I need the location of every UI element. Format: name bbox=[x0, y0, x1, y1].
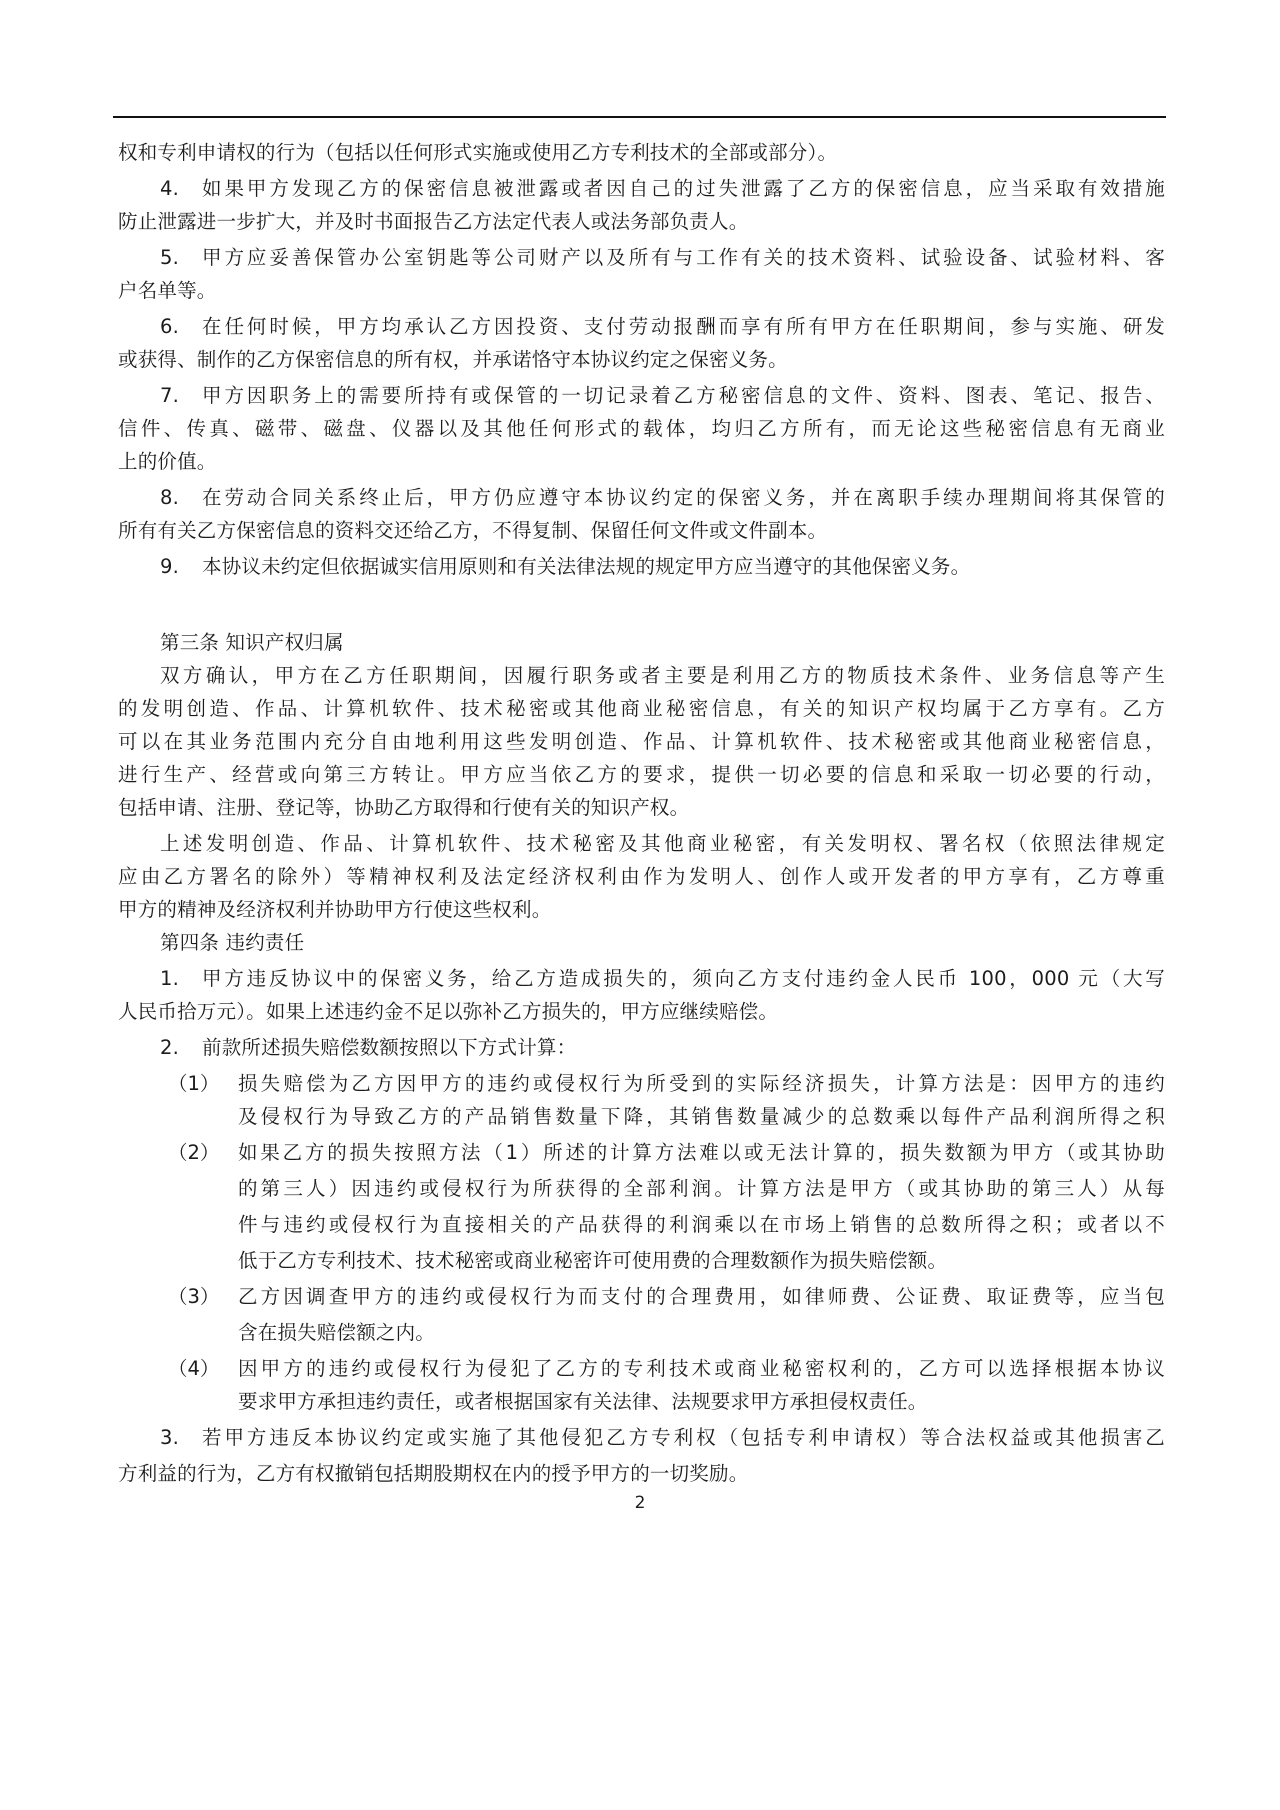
sub-item-line: 乙方因调查甲方的违约或侵权行为而支付的合理费用，如律师费、公证费、取证费等，应当… bbox=[238, 1282, 1165, 1312]
sub-item-label: （3） bbox=[168, 1282, 219, 1312]
paragraph-line: 应由乙方署名的除外）等精神权利及法定经济权利由作为发明人、创作人或开发者的甲方享… bbox=[118, 862, 1165, 892]
sub-item-line: 因甲方的违约或侵权行为侵犯了乙方的专利技术或商业秘密权利的，乙方可以选择根据本协… bbox=[238, 1354, 1165, 1384]
paragraph-line: 双方确认，甲方在乙方任职期间，因履行职务或者主要是利用乙方的物质技术条件、业务信… bbox=[160, 661, 1165, 691]
list-number: 8. bbox=[160, 483, 202, 513]
header-rule bbox=[113, 116, 1166, 118]
article-3-heading: 第三条 知识产权归属 bbox=[160, 628, 344, 658]
paragraph-line: 上的价值。 bbox=[118, 447, 217, 477]
paragraph-line: 上述发明创造、作品、计算机软件、技术秘密及其他商业秘密，有关发明权、署名权（依照… bbox=[160, 829, 1165, 859]
paragraph-line: 甲方的精神及经济权利并协助甲方行使这些权利。 bbox=[118, 895, 551, 925]
sub-item-line: 损失赔偿为乙方因甲方的违约或侵权行为所受到的实际经济损失，计算方法是：因甲方的违… bbox=[238, 1069, 1165, 1099]
paragraph-line: 可以在其业务范围内充分自由地利用这些发明创造、作品、计算机软件、技术秘密或其他商… bbox=[118, 727, 1165, 757]
paragraph-line: 包括申请、注册、登记等，协助乙方取得和行使有关的知识产权。 bbox=[118, 793, 689, 823]
list-number: 6. bbox=[160, 312, 202, 342]
list-number: 7. bbox=[160, 381, 202, 411]
list-number: 3. bbox=[160, 1423, 202, 1453]
list-item-9: 9.本协议未约定但依据诚实信用原则和有关法律法规的规定甲方应当遵守的其他保密义务… bbox=[160, 552, 970, 582]
list-item-text: 甲方因职务上的需要所持有或保管的一切记录着乙方秘密信息的文件、资料、图表、笔记、… bbox=[202, 381, 1165, 411]
list-item-4: 4. 如果甲方发现乙方的保密信息被泄露或者因自己的过失泄露了乙方的保密信息，应当… bbox=[160, 174, 1165, 204]
list-item-text: 在劳动合同关系终止后，甲方仍应遵守本协议约定的保密义务，并在离职手续办理期间将其… bbox=[202, 483, 1165, 513]
list-number: 2. bbox=[160, 1033, 202, 1063]
list-number: 1. bbox=[160, 964, 202, 994]
article-4-heading: 第四条 违约责任 bbox=[160, 928, 304, 958]
list-item-text: 甲方应妥善保管办公室钥匙等公司财产以及所有与工作有关的技术资料、试验设备、试验材… bbox=[202, 243, 1165, 273]
sub-item-line: 及侵权行为导致乙方的产品销售数量下降，其销售数量减少的总数乘以每件产品利润所得之… bbox=[238, 1102, 1165, 1132]
list-item-2: 2.前款所述损失赔偿数额按照以下方式计算： bbox=[160, 1033, 576, 1063]
list-item-7: 7. 甲方因职务上的需要所持有或保管的一切记录着乙方秘密信息的文件、资料、图表、… bbox=[160, 381, 1165, 411]
paragraph-line: 的发明创造、作品、计算机软件、技术秘密或其他商业秘密信息，有关的知识产权均属于乙… bbox=[118, 694, 1165, 724]
list-item-text: 前款所述损失赔偿数额按照以下方式计算： bbox=[202, 1036, 576, 1059]
paragraph-line: 所有有关乙方保密信息的资料交还给乙方，不得复制、保留任何文件或文件副本。 bbox=[118, 516, 827, 546]
sub-item-label: （4） bbox=[168, 1354, 219, 1384]
list-item-6: 6. 在任何时候，甲方均承认乙方因投资、支付劳动报酬而享有所有甲方在任职期间，参… bbox=[160, 312, 1165, 342]
list-item-text: 甲方违反协议中的保密义务，给乙方造成损失的，须向乙方支付违约金人民币 100，0… bbox=[202, 964, 1165, 994]
paragraph-line: 人民币拾万元）。如果上述违约金不足以弥补乙方损失的，甲方应继续赔偿。 bbox=[118, 997, 778, 1027]
list-item-text: 在任何时候，甲方均承认乙方因投资、支付劳动报酬而享有所有甲方在任职期间，参与实施… bbox=[202, 312, 1165, 342]
sub-item-line: 如果乙方的损失按照方法（1）所述的计算方法难以或无法计算的，损失数额为甲方（或其… bbox=[238, 1138, 1165, 1168]
paragraph-line: 权和专利申请权的行为（包括以任何形式实施或使用乙方专利技术的全部或部分）。 bbox=[118, 138, 837, 168]
list-item-5: 5. 甲方应妥善保管办公室钥匙等公司财产以及所有与工作有关的技术资料、试验设备、… bbox=[160, 243, 1165, 273]
paragraph-line: 方利益的行为，乙方有权撤销包括期股期权在内的授予甲方的一切奖励。 bbox=[118, 1459, 748, 1489]
list-number: 5. bbox=[160, 243, 202, 273]
paragraph-line: 防止泄露进一步扩大，并及时书面报告乙方法定代表人或法务部负责人。 bbox=[118, 207, 748, 237]
paragraph-line: 信件、传真、磁带、磁盘、仪器以及其他任何形式的载体，均归乙方所有，而无论这些秘密… bbox=[118, 414, 1165, 444]
sub-item-label: （2） bbox=[168, 1138, 219, 1168]
list-number: 9. bbox=[160, 552, 202, 582]
sub-item-label: （1） bbox=[168, 1069, 219, 1099]
sub-item-line: 低于乙方专利技术、技术秘密或商业秘密许可使用费的合理数额作为损失赔偿额。 bbox=[238, 1246, 947, 1276]
document-page: 权和专利申请权的行为（包括以任何形式实施或使用乙方专利技术的全部或部分）。 4.… bbox=[0, 0, 1280, 1810]
list-item-1: 1. 甲方违反协议中的保密义务，给乙方造成损失的，须向乙方支付违约金人民币 10… bbox=[160, 964, 1165, 994]
list-item-text: 如果甲方发现乙方的保密信息被泄露或者因自己的过失泄露了乙方的保密信息，应当采取有… bbox=[202, 174, 1165, 204]
list-item-text: 本协议未约定但依据诚实信用原则和有关法律法规的规定甲方应当遵守的其他保密义务。 bbox=[202, 555, 970, 578]
list-item-8: 8. 在劳动合同关系终止后，甲方仍应遵守本协议约定的保密义务，并在离职手续办理期… bbox=[160, 483, 1165, 513]
paragraph-line: 户名单等。 bbox=[118, 276, 217, 306]
list-number: 4. bbox=[160, 174, 202, 204]
sub-item-line: 件与违约或侵权行为直接相关的产品获得的利润乘以在市场上销售的总数所得之积；或者以… bbox=[238, 1210, 1165, 1240]
sub-item-line: 要求甲方承担违约责任，或者根据国家有关法律、法规要求甲方承担侵权责任。 bbox=[238, 1387, 928, 1417]
sub-item-line: 的第三人）因违约或侵权行为所获得的全部利润。计算方法是甲方（或其协助的第三人）从… bbox=[238, 1174, 1165, 1204]
sub-item-line: 含在损失赔偿额之内。 bbox=[238, 1318, 435, 1348]
paragraph-line: 或获得、制作的乙方保密信息的所有权，并承诺恪守本协议约定之保密义务。 bbox=[118, 345, 788, 375]
list-item-3: 3. 若甲方违反本协议约定或实施了其他侵犯乙方专利权（包括专利申请权）等合法权益… bbox=[160, 1423, 1165, 1453]
paragraph-line: 进行生产、经营或向第三方转让。甲方应当依乙方的要求，提供一切必要的信息和采取一切… bbox=[118, 760, 1165, 790]
list-item-text: 若甲方违反本协议约定或实施了其他侵犯乙方专利权（包括专利申请权）等合法权益或其他… bbox=[202, 1423, 1165, 1453]
page-number: 2 bbox=[0, 1491, 1280, 1515]
